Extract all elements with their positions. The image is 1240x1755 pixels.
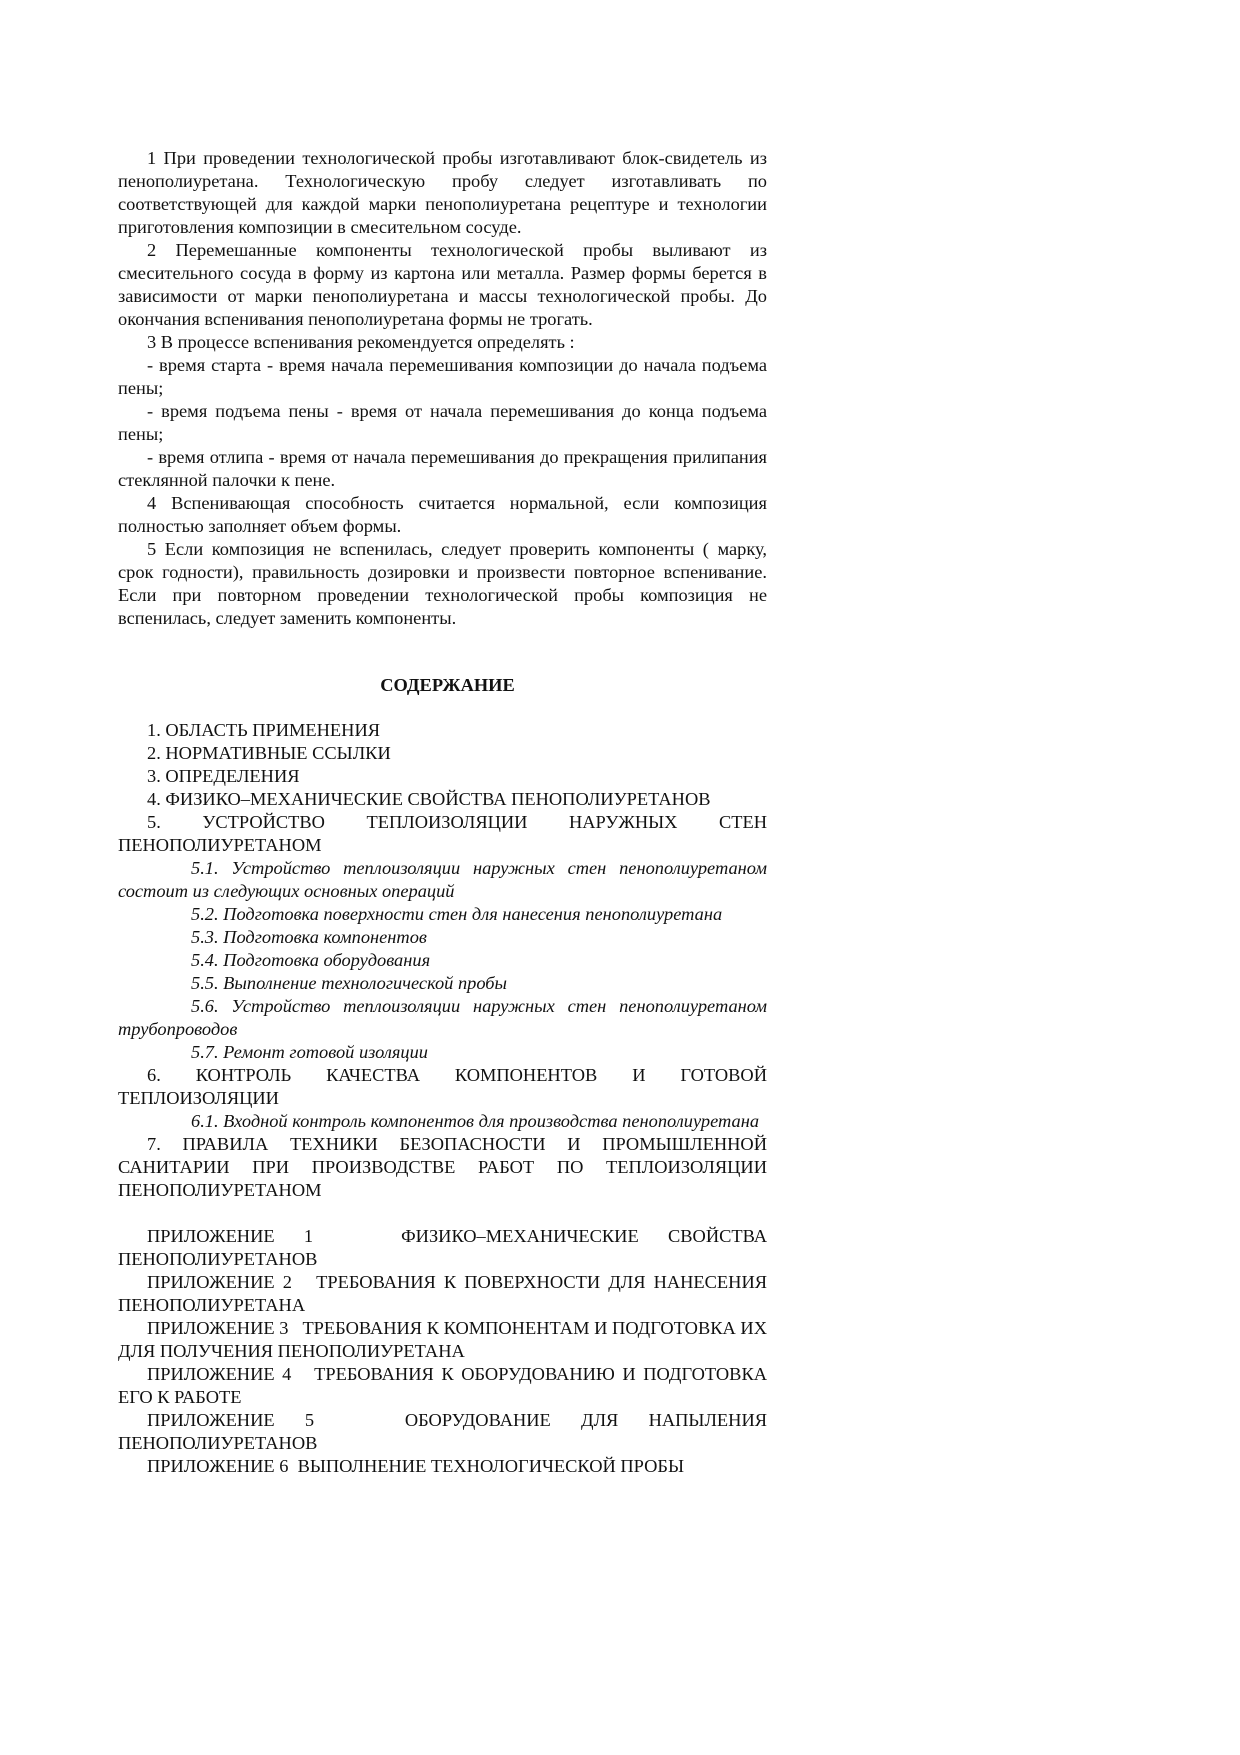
toc-appendix-3[interactable]: ПРИЛОЖЕНИЕ 3 ТРЕБОВАНИЯ К КОМПОНЕНТАМ И … — [118, 1317, 767, 1363]
document-page: 1 При проведении технологической пробы и… — [118, 147, 767, 1478]
toc-subsection-5-4[interactable]: 5.4. Подготовка оборудования — [118, 949, 767, 972]
toc-title: СОДЕРЖАНИЕ — [118, 674, 767, 697]
paragraph-5: 5 Если композиция не вспенилась, следует… — [118, 538, 767, 630]
paragraph-1: 1 При проведении технологической пробы и… — [118, 147, 767, 239]
toc-subsection-5-6[interactable]: 5.6. Устройство теплоизоляции наружных с… — [118, 995, 767, 1041]
toc-subsection-6-1[interactable]: 6.1. Входной контроль компонентов для пр… — [118, 1110, 767, 1133]
bullet-start-time: - время старта - время начала перемешива… — [118, 354, 767, 400]
toc-section-5[interactable]: 5. УСТРОЙСТВО ТЕПЛОИЗОЛЯЦИИ НАРУЖНЫХ СТЕ… — [118, 811, 767, 857]
bullet-tack-free-time: - время отлипа - время от начала перемеш… — [118, 446, 767, 492]
paragraph-4: 4 Вспенивающая способность считается нор… — [118, 492, 767, 538]
toc-subsection-5-1[interactable]: 5.1. Устройство теплоизоляции наружных с… — [118, 857, 767, 903]
toc-appendix-2[interactable]: ПРИЛОЖЕНИЕ 2 ТРЕБОВАНИЯ К ПОВЕРХНОСТИ ДЛ… — [118, 1271, 767, 1317]
bullet-rise-time: - время подъема пены - время от начала п… — [118, 400, 767, 446]
toc-section-7[interactable]: 7. ПРАВИЛА ТЕХНИКИ БЕЗОПАСНОСТИ И ПРОМЫШ… — [118, 1133, 767, 1202]
toc-appendix-6[interactable]: ПРИЛОЖЕНИЕ 6 ВЫПОЛНЕНИЕ ТЕХНОЛОГИЧЕСКОЙ … — [118, 1455, 767, 1478]
spacer — [118, 630, 767, 674]
toc-section-1[interactable]: 1. ОБЛАСТЬ ПРИМЕНЕНИЯ — [118, 719, 767, 742]
table-of-contents: 1. ОБЛАСТЬ ПРИМЕНЕНИЯ 2. НОРМАТИВНЫЕ ССЫ… — [118, 719, 767, 1478]
toc-section-6[interactable]: 6. КОНТРОЛЬ КАЧЕСТВА КОМПОНЕНТОВ И ГОТОВ… — [118, 1064, 767, 1110]
toc-section-2[interactable]: 2. НОРМАТИВНЫЕ ССЫЛКИ — [118, 742, 767, 765]
toc-section-3[interactable]: 3. ОПРЕДЕЛЕНИЯ — [118, 765, 767, 788]
toc-subsection-5-5[interactable]: 5.5. Выполнение технологической пробы — [118, 972, 767, 995]
toc-subsection-5-2[interactable]: 5.2. Подготовка поверхности стен для нан… — [118, 903, 767, 926]
paragraph-3: 3 В процессе вспенивания рекомендуется о… — [118, 331, 767, 354]
toc-subsection-5-3[interactable]: 5.3. Подготовка компонентов — [118, 926, 767, 949]
spacer — [118, 1202, 767, 1225]
toc-appendix-5[interactable]: ПРИЛОЖЕНИЕ 5 ОБОРУДОВАНИЕ ДЛЯ НАПЫЛЕНИЯ … — [118, 1409, 767, 1455]
paragraph-2: 2 Перемешанные компоненты технологическо… — [118, 239, 767, 331]
toc-appendix-4[interactable]: ПРИЛОЖЕНИЕ 4 ТРЕБОВАНИЯ К ОБОРУДОВАНИЮ И… — [118, 1363, 767, 1409]
toc-subsection-5-7[interactable]: 5.7. Ремонт готовой изоляции — [118, 1041, 767, 1064]
spacer — [118, 697, 767, 719]
toc-section-4[interactable]: 4. ФИЗИКО–МЕХАНИЧЕСКИЕ СВОЙСТВА ПЕНОПОЛИ… — [118, 788, 767, 811]
body-text: 1 При проведении технологической пробы и… — [118, 147, 767, 630]
toc-appendix-1[interactable]: ПРИЛОЖЕНИЕ 1 ФИЗИКО–МЕХАНИЧЕСКИЕ СВОЙСТВ… — [118, 1225, 767, 1271]
